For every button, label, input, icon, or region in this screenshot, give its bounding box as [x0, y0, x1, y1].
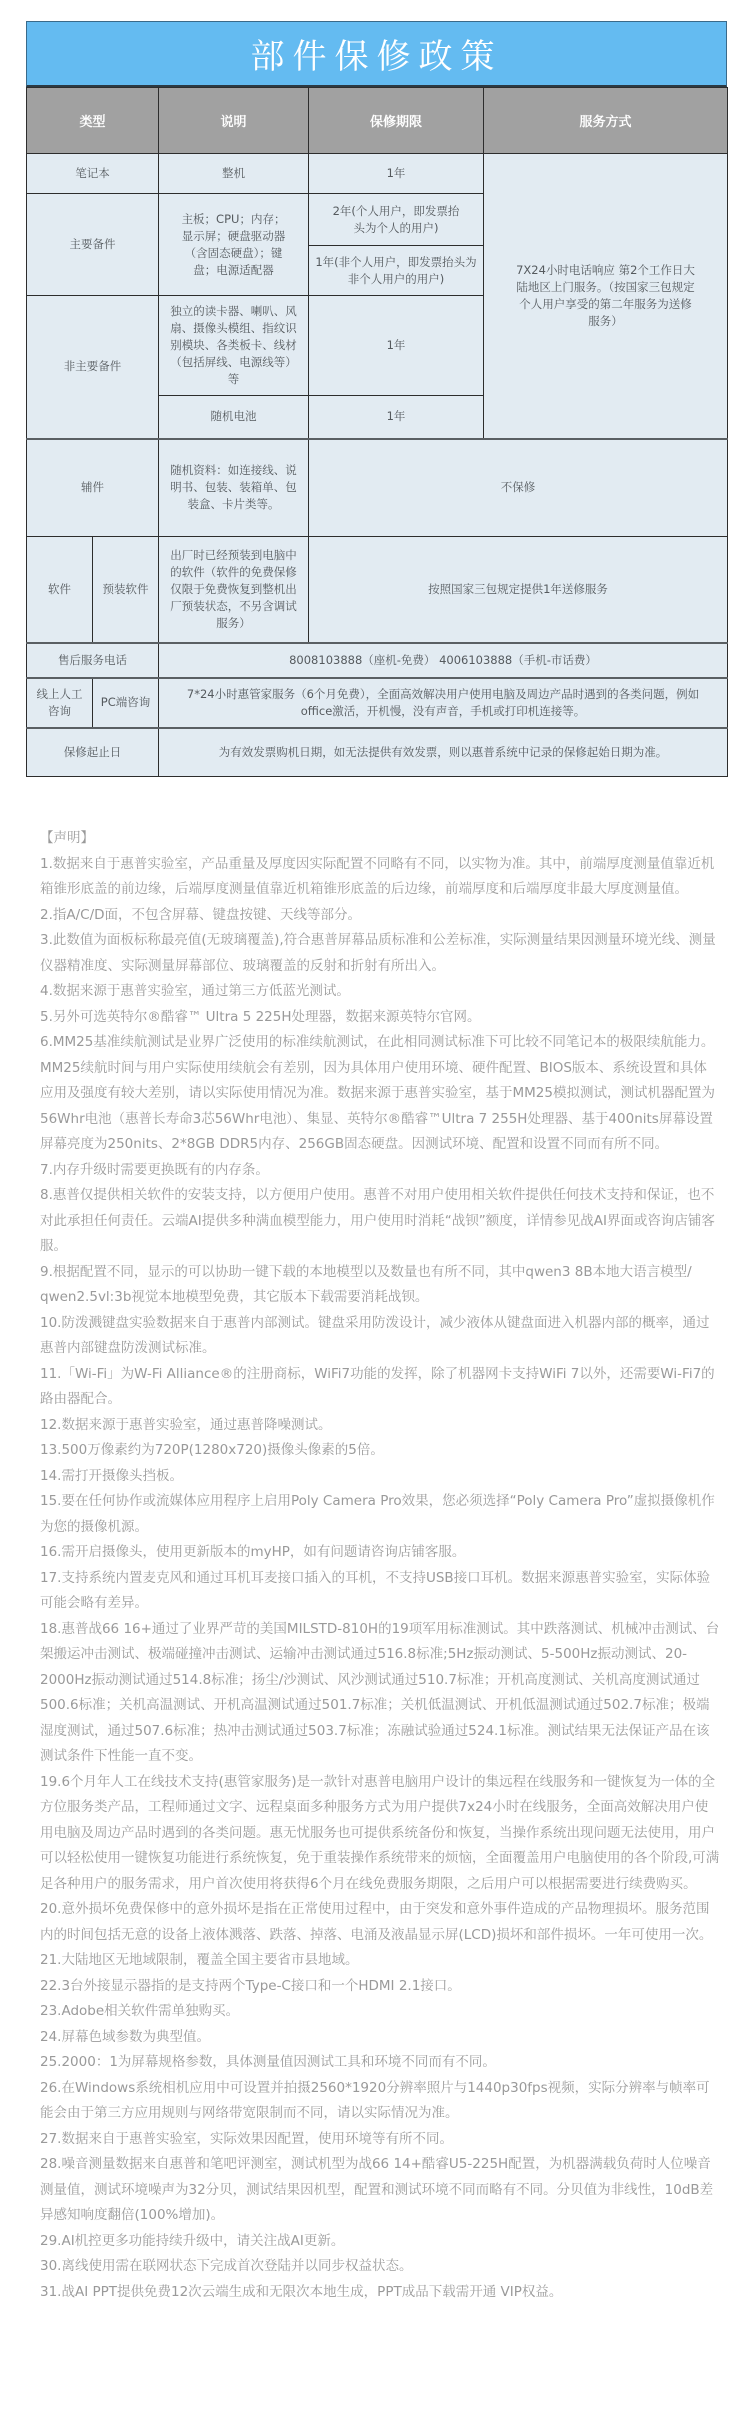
note-item: 14.需打开摄像头挡板。	[40, 1464, 720, 1490]
cell-period: 1年	[309, 154, 484, 194]
note-item: 27.数据来自于惠普实验室，实际效果因配置，使用环境等有所不同。	[40, 2127, 720, 2153]
note-item: 16.需开启摄像头，使用更新版本的myHP，如有问题请咨询店铺客服。	[40, 1540, 720, 1566]
note-item: 23.Adobe相关软件需单独购买。	[40, 1999, 720, 2025]
cell-type: 软件	[27, 537, 93, 643]
cell-desc: 随机资料：如连接线、说明书、包装、装箱单、包装盒、卡片类等。	[159, 439, 309, 537]
note-item: 4.数据来源于惠普实验室，通过第三方低蓝光测试。	[40, 979, 720, 1005]
note-item: 18.惠普战66 16+通过了业界严苛的美国MILSTD-810H的19项军用标…	[40, 1617, 720, 1770]
table-row: 保修起止日 为有效发票购机日期，如无法提供有效发票，则以惠普系统中记录的保修起始…	[27, 728, 728, 777]
cell-type: 非主要备件	[27, 296, 159, 439]
note-item: 28.噪音测量数据来自惠普和笔吧评测室，测试机型为战66 14+酷睿U5-225…	[40, 2152, 720, 2229]
cell-subtype: PC端咨询	[93, 678, 159, 728]
note-item: 19.6个月年人工在线技术支持(惠管家服务)是一款针对惠普电脑用户设计的集远程在…	[40, 1770, 720, 1898]
note-item: 17.支持系统内置麦克风和通过耳机耳麦接口插入的耳机，不支持USB接口耳机。数据…	[40, 1566, 720, 1617]
header-desc: 说明	[159, 88, 309, 154]
note-item: 21.大陆地区无地域限制，覆盖全国主要省市县地域。	[40, 1948, 720, 1974]
cell-hotline-label: 售后服务电话	[27, 643, 159, 678]
cell-type: 线上人工咨询	[27, 678, 93, 728]
cell-warranty-start-value: 为有效发票购机日期，如无法提供有效发票，则以惠普系统中记录的保修起始日期为准。	[159, 728, 728, 777]
cell-service-method: 7X24小时电话响应 第2个工作日大陆地区上门服务。（按国家三包规定个人用户享受…	[484, 154, 728, 439]
note-item: 11.「Wi-Fi」为W-Fi Alliance®的注册商标，WiFi7功能的发…	[40, 1362, 720, 1413]
table-row: 辅件 随机资料：如连接线、说明书、包装、装箱单、包装盒、卡片类等。 不保修	[27, 439, 728, 537]
table-row: 软件 预装软件 出厂时已经预装到电脑中的软件（软件的免费保修仅限于免费恢复到整机…	[27, 537, 728, 643]
table-row: 售后服务电话 8008103888（座机-免费） 4006103888（手机-市…	[27, 643, 728, 678]
note-item: 20.意外损坏免费保修中的意外损坏是指在正常使用过程中，由于突发和意外事件造成的…	[40, 1897, 720, 1948]
note-item: 24.屏幕色域参数为典型值。	[40, 2025, 720, 2051]
note-item: 30.离线使用需在联网状态下完成首次登陆并以同步权益状态。	[40, 2254, 720, 2280]
header-type: 类型	[27, 88, 159, 154]
note-item: 7.内存升级时需要更换既有的内存条。	[40, 1158, 720, 1184]
note-item: 8.惠普仅提供相关软件的安装支持，以方便用户使用。惠普不对用户使用相关软件提供任…	[40, 1183, 720, 1260]
notes-list: 1.数据来自于惠普实验室，产品重量及厚度因实际配置不同略有不同，以实物为准。其中…	[40, 852, 720, 2306]
cell-warranty-start-label: 保修起止日	[27, 728, 159, 777]
cell-desc: 主板；CPU；内存；显示屏；硬盘驱动器（含固态硬盘）；键盘；电源适配器	[159, 194, 309, 296]
note-item: 26.在Windows系统相机应用中可设置并拍摄2560*1920分辨率照片与1…	[40, 2076, 720, 2127]
note-item: 25.2000：1为屏幕规格参数，具体测量值因测试工具和环境不同而有不同。	[40, 2050, 720, 2076]
cell-period-personal: 2年(个人用户，即发票抬头为个人的用户)	[309, 194, 484, 246]
cell-subtype: 预装软件	[93, 537, 159, 643]
disclaimer-notes: 【声明】 1.数据来自于惠普实验室，产品重量及厚度因实际配置不同略有不同，以实物…	[40, 826, 720, 2305]
note-item: 5.另外可选英特尔®酷睿™ Ultra 5 225H处理器，数据来源英特尔官网。	[40, 1005, 720, 1031]
note-item: 31.战AI PPT提供免费12次云端生成和无限次本地生成，PPT成品下载需开通…	[40, 2280, 720, 2306]
note-item: 29.AI机控更多功能持续升级中，请关注战AI更新。	[40, 2229, 720, 2255]
note-item: 13.500万像素约为720P(1280x720)摄像头像素的5倍。	[40, 1438, 720, 1464]
cell-battery-desc: 随机电池	[159, 396, 309, 439]
note-item: 22.3台外接显示器指的是支持两个Type-C接口和一个HDMI 2.1接口。	[40, 1974, 720, 2000]
warranty-policy-table: 部件保修政策 类型 说明 保修期限 服务方式 笔记本 整机 1年 7X24小时电…	[26, 21, 727, 777]
header-row: 类型 说明 保修期限 服务方式	[27, 88, 728, 154]
cell-service: 按照国家三包规定提供1年送修服务	[309, 537, 728, 643]
table-row: 线上人工咨询 PC端咨询 7*24小时惠管家服务（6个月免费），全面高效解决用户…	[27, 678, 728, 728]
cell-desc: 整机	[159, 154, 309, 194]
cell-battery-period: 1年	[309, 396, 484, 439]
page-title: 部件保修政策	[26, 21, 727, 87]
note-item: 12.数据来源于惠普实验室，通过惠普降噪测试。	[40, 1413, 720, 1439]
note-item: 3.此数值为面板标称最亮值(无玻璃覆盖),符合惠普屏幕品质标准和公差标准，实际测…	[40, 928, 720, 979]
cell-type: 主要备件	[27, 194, 159, 296]
note-item: 10.防泼溅键盘实验数据来自于惠普内部测试。键盘采用防泼设计，减少液体从键盘面进…	[40, 1311, 720, 1362]
cell-type: 辅件	[27, 439, 159, 537]
note-item: 6.MM25基准续航测试是业界广泛使用的标准续航测试，在此相同测试标准下可比较不…	[40, 1030, 720, 1158]
cell-online-value: 7*24小时惠管家服务（6个月免费），全面高效解决用户使用电脑及周边产品时遇到的…	[159, 678, 728, 728]
cell-desc: 独立的读卡器、喇叭、风扇、摄像头模组、指纹识别模块、各类板卡、线材（包括屏线、电…	[159, 296, 309, 396]
note-item: 9.根据配置不同，显示的可以协助一键下载的本地模型以及数量也有所不同，其中qwe…	[40, 1260, 720, 1311]
cell-hotline-value: 8008103888（座机-免费） 4006103888（手机-市话费）	[159, 643, 728, 678]
header-period: 保修期限	[309, 88, 484, 154]
warranty-table: 类型 说明 保修期限 服务方式 笔记本 整机 1年 7X24小时电话响应 第2个…	[26, 87, 728, 777]
cell-desc: 出厂时已经预装到电脑中的软件（软件的免费保修仅限于免费恢复到整机出厂预装状态，不…	[159, 537, 309, 643]
note-item: 1.数据来自于惠普实验室，产品重量及厚度因实际配置不同略有不同，以实物为准。其中…	[40, 852, 720, 903]
note-item: 15.要在任何协作或流媒体应用程序上启用Poly Camera Pro效果，您必…	[40, 1489, 720, 1540]
cell-service: 不保修	[309, 439, 728, 537]
table-row: 笔记本 整机 1年 7X24小时电话响应 第2个工作日大陆地区上门服务。（按国家…	[27, 154, 728, 194]
note-item: 2.指A/C/D面，不包含屏幕、键盘按键、天线等部分。	[40, 903, 720, 929]
cell-period-business: 1年(非个人用户，即发票抬头为非个人用户的用户)	[309, 246, 484, 296]
notes-heading: 【声明】	[40, 826, 720, 852]
cell-type: 笔记本	[27, 154, 159, 194]
header-service: 服务方式	[484, 88, 728, 154]
cell-period: 1年	[309, 296, 484, 396]
